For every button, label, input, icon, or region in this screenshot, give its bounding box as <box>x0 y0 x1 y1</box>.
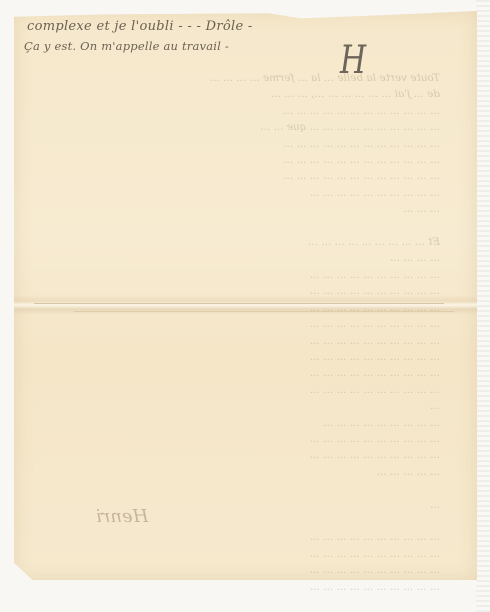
bleed-line: ... ... ... ... ... ... ... ... ... ... … <box>30 119 440 135</box>
bleed-line: ... ... ... ... ... ... ... ... ... ... … <box>30 152 440 168</box>
bleed-line: ... ... ... ... ... ... ... ... ... ... … <box>30 168 440 184</box>
bleed-line: ... ... ... ... ... ... ... ... ... ... <box>30 579 440 595</box>
bleed-line: ... ... ... ... ... ... ... ... ... ... <box>30 431 440 447</box>
bleed-line: Toute verte la belle ... la ... ferme ..… <box>30 70 440 86</box>
bleed-line: ... ... ... ... ... ... ... ... ... ... <box>30 447 440 463</box>
bleed-line <box>30 513 440 529</box>
handwritten-line-1: complexe et je l'oubli - - - Drôle - <box>27 19 253 34</box>
bleed-line: ... ... ... ... ... ... ... ... ... ... <box>30 316 440 332</box>
bleed-line: ... ... ... ... ... ... ... ... ... ... <box>30 349 440 365</box>
bleed-line: ... ... ... ... ... ... ... ... ... <box>30 415 440 431</box>
initial-h: H <box>340 38 366 84</box>
bleed-line: ... ... ... ... ... <box>30 464 440 480</box>
bleed-line <box>30 218 440 234</box>
bleed-line: ... <box>30 497 440 513</box>
bleed-line: ... ... ... ... ... ... ... ... ... ... … <box>30 136 440 152</box>
bleed-line: ... ... ... ... ... ... ... ... ... ... <box>30 333 440 349</box>
bleed-line: ... ... ... ... ... ... ... ... ... ... <box>30 529 440 545</box>
bleed-line: ... ... ... ... ... ... ... ... ... ... <box>30 283 440 299</box>
scanner-edge-strip <box>476 0 490 612</box>
bleed-line: ... <box>30 398 440 414</box>
bleed-line: Et ... ... ... ... ... ... ... ... ... <box>30 234 440 250</box>
bleed-line: ... ... ... <box>30 201 440 217</box>
bleed-line: ... ... ... ... ... ... ... ... ... ... … <box>30 103 440 119</box>
bleed-line: de ... j'ai ... ... ... ... ... ..., ...… <box>30 86 440 102</box>
bleed-line: ... ... ... ... ... ... ... ... ... ... <box>30 365 440 381</box>
bleed-line: ... ... ... ... ... ... ... ... ... ... <box>30 546 440 562</box>
bleed-through-text: Toute verte la belle ... la ... ferme ..… <box>30 70 440 595</box>
bleed-line <box>30 480 440 496</box>
handwritten-line-2: Ça y est. On m'appelle au travail - <box>24 39 229 53</box>
bleed-through-signature: Henri <box>96 506 148 527</box>
bleed-line: ... ... ... ... ... ... ... ... ... ... <box>30 300 440 316</box>
bleed-line: ... ... ... ... ... ... ... ... ... ... <box>30 267 440 283</box>
bleed-line: ... ... ... ... ... ... ... ... ... ... <box>30 382 440 398</box>
bleed-line: ... ... ... ... <box>30 250 440 266</box>
bleed-line: ... ... ... ... ... ... ... ... ... ... <box>30 185 440 201</box>
bleed-line: ... ... ... ... ... ... ... ... ... ... <box>30 562 440 578</box>
